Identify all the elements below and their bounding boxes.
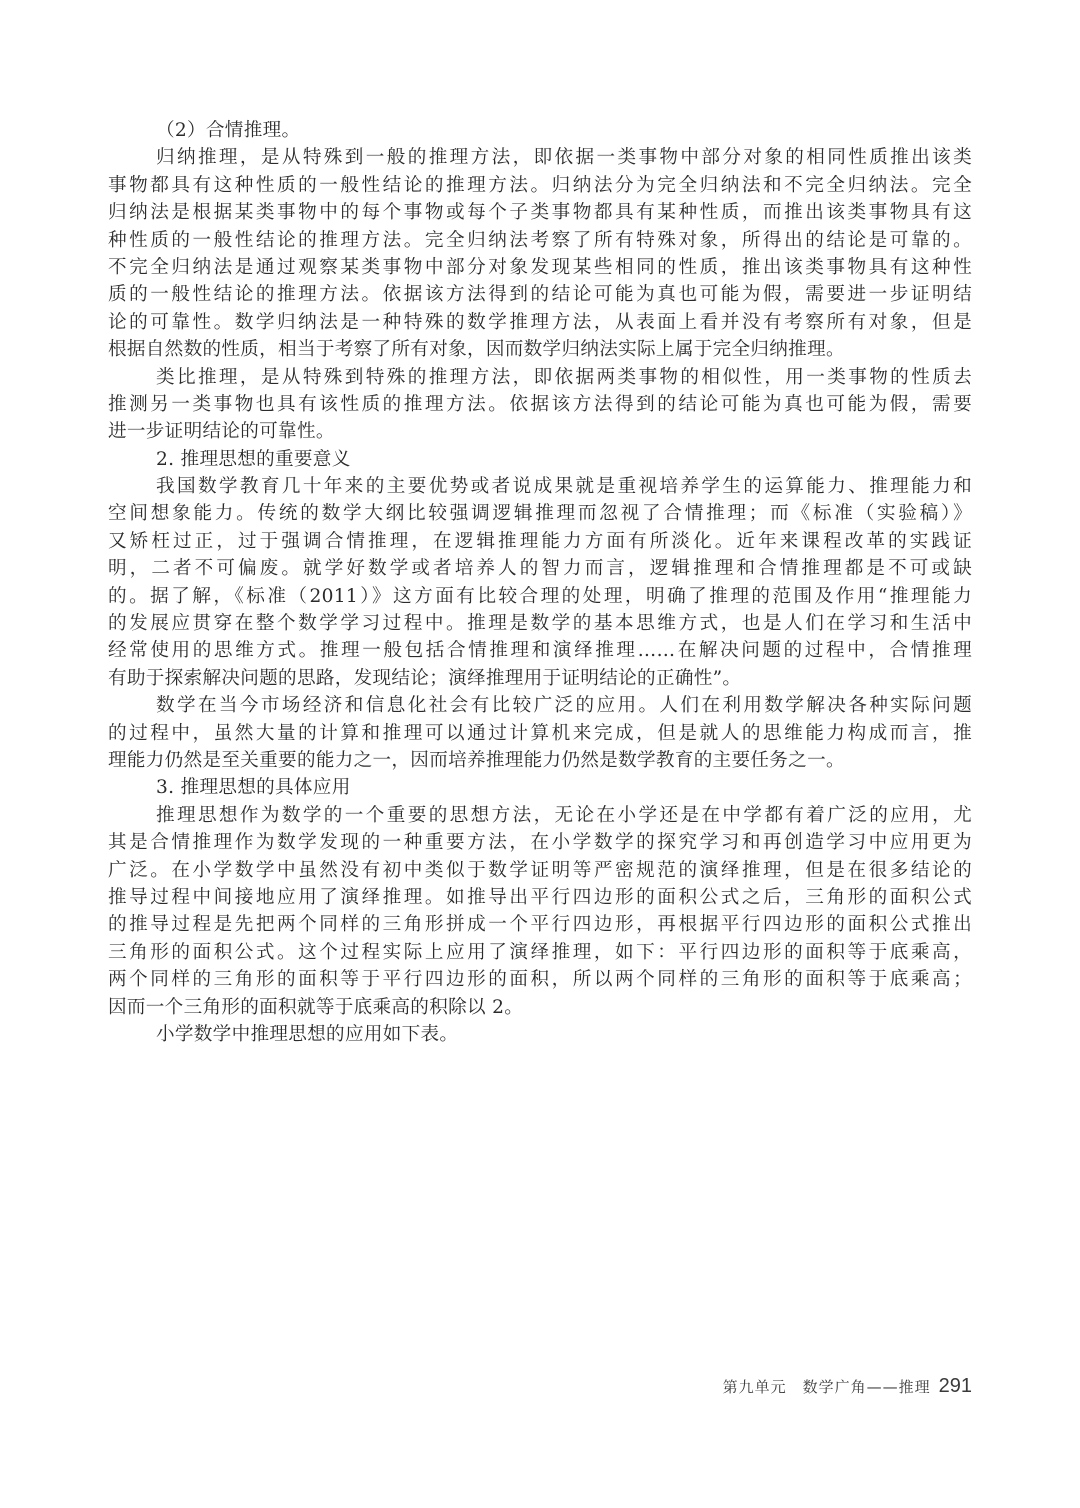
text-line: 归纳推理，是从特殊到一般的推理方法，即依据一类事物中部分对象的相同性质推出该类 (108, 144, 972, 171)
text-line: 论的可靠性。数学归纳法是一种特殊的数学推理方法，从表面上看并没有考察所有对象，但… (108, 309, 972, 336)
text-line: 的过程中，虽然大量的计算和推理可以通过计算机来完成，但是就人的思维能力构成而言，… (108, 720, 972, 747)
text-line: 的发展应贯穿在整个数学学习过程中。推理是数学的基本思维方式，也是人们在学习和生活… (108, 610, 972, 637)
text-line: 推测另一类事物也具有该性质的推理方法。依据该方法得到的结论可能为真也可能为假，需… (108, 391, 972, 418)
text-line: 明，二者不可偏废。就学好数学或者培养人的智力而言，逻辑推理和合情推理都是不可或缺 (108, 555, 972, 582)
heading-line: 3. 推理思想的具体应用 (108, 774, 972, 801)
paragraph-inductive-reasoning: 归纳推理，是从特殊到一般的推理方法，即依据一类事物中部分对象的相同性质推出该类 … (108, 144, 972, 363)
text-line: 类比推理，是从特殊到特殊的推理方法，即依据两类事物的相似性，用一类事物的性质去 (108, 364, 972, 391)
text-line: 有助于探索解决问题的思路，发现结论；演绎推理用于证明结论的正确性”。 (108, 665, 972, 692)
text-line: 又矫枉过正，过于强调合情推理，在逻辑推理能力方面有所淡化。近年来课程改革的实践证 (108, 528, 972, 555)
text-line: 进一步证明结论的可靠性。 (108, 418, 972, 445)
text-line: 推理思想作为数学的一个重要的思想方法，无论在小学还是在中学都有着广泛的应用，尤 (108, 802, 972, 829)
text-line: 质的一般性结论的推理方法。依据该方法得到的结论可能为真也可能为假，需要进一步证明… (108, 281, 972, 308)
text-line: 根据自然数的性质，相当于考察了所有对象，因而数学归纳法实际上属于完全归纳推理。 (108, 336, 972, 363)
text-line: 经常使用的思维方式。推理一般包括合情推理和演绎推理……在解决问题的过程中，合情推… (108, 637, 972, 664)
text-line: 推导过程中间接地应用了演绎推理。如推导出平行四边形的面积公式之后，三角形的面积公… (108, 884, 972, 911)
page-body: （2）合情推理。 归纳推理，是从特殊到一般的推理方法，即依据一类事物中部分对象的… (108, 117, 972, 1048)
text-line: 空间想象能力。传统的数学大纲比较强调逻辑推理而忽视了合情推理；而《标准（实验稿）… (108, 500, 972, 527)
text-line: 的。据了解，《标准（2011）》这方面有比较合理的处理，明确了推理的范围及作用“… (108, 583, 972, 610)
section-heading-importance: 2. 推理思想的重要意义 (108, 446, 972, 473)
text-line: 广泛。在小学数学中虽然没有初中类似于数学证明等严密规范的演绎推理，但是在很多结论… (108, 857, 972, 884)
text-line: 其是合情推理作为数学发现的一种重要方法，在小学数学的探究学习和再创造学习中应用更… (108, 829, 972, 856)
section-heading-application: 3. 推理思想的具体应用 (108, 774, 972, 801)
text-line: 两个同样的三角形的面积等于平行四边形的面积，所以两个同样的三角形的面积等于底乘高… (108, 966, 972, 993)
paragraph-table-intro: 小学数学中推理思想的应用如下表。 (108, 1021, 972, 1048)
paragraph-specific-application: 推理思想作为数学的一个重要的思想方法，无论在小学还是在中学都有着广泛的应用，尤 … (108, 802, 972, 1021)
text-line: 事物都具有这种性质的一般性结论的推理方法。归纳法分为完全归纳法和不完全归纳法。完… (108, 172, 972, 199)
paragraph-analogical-reasoning: 类比推理，是从特殊到特殊的推理方法，即依据两类事物的相似性，用一类事物的性质去 … (108, 364, 972, 446)
page-footer: 第九单元 数学广角——推理 291 (680, 1372, 972, 1400)
subheading-plausible-reasoning: （2）合情推理。 (108, 117, 972, 144)
text-line: 的推导过程是先把两个同样的三角形拼成一个平行四边形，再根据平行四边形的面积公式推… (108, 911, 972, 938)
paragraph-importance: 我国数学教育几十年来的主要优势或者说成果就是重视培养学生的运算能力、推理能力和 … (108, 473, 972, 692)
text-line: 不完全归纳法是通过观察某类事物中部分对象发现某些相同的性质，推出该类事物具有这种… (108, 254, 972, 281)
text-line: 因而一个三角形的面积就等于底乘高的积除以 2。 (108, 994, 972, 1021)
text-line: 归纳法是根据某类事物中的每个事物或每个子类事物都具有某种性质，而推出该类事物具有… (108, 199, 972, 226)
text-line: 种性质的一般性结论的推理方法。完全归纳法考察了所有特殊对象，所得出的结论是可靠的… (108, 227, 972, 254)
page-number: 291 (939, 1375, 972, 1398)
running-footer-chapter: 第九单元 数学广角——推理 (723, 1376, 931, 1397)
text-line: 三角形的面积公式。这个过程实际上应用了演绎推理，如下：平行四边形的面积等于底乘高… (108, 939, 972, 966)
text-line: 数学在当今市场经济和信息化社会有比较广泛的应用。人们在利用数学解决各种实际问题 (108, 692, 972, 719)
text-line: 理能力仍然是至关重要的能力之一，因而培养推理能力仍然是数学教育的主要任务之一。 (108, 747, 972, 774)
text-line: 小学数学中推理思想的应用如下表。 (108, 1021, 972, 1048)
paragraph-application-society: 数学在当今市场经济和信息化社会有比较广泛的应用。人们在利用数学解决各种实际问题 … (108, 692, 972, 774)
heading-line: 2. 推理思想的重要意义 (108, 446, 972, 473)
heading-line: （2）合情推理。 (108, 117, 972, 144)
text-line: 我国数学教育几十年来的主要优势或者说成果就是重视培养学生的运算能力、推理能力和 (108, 473, 972, 500)
